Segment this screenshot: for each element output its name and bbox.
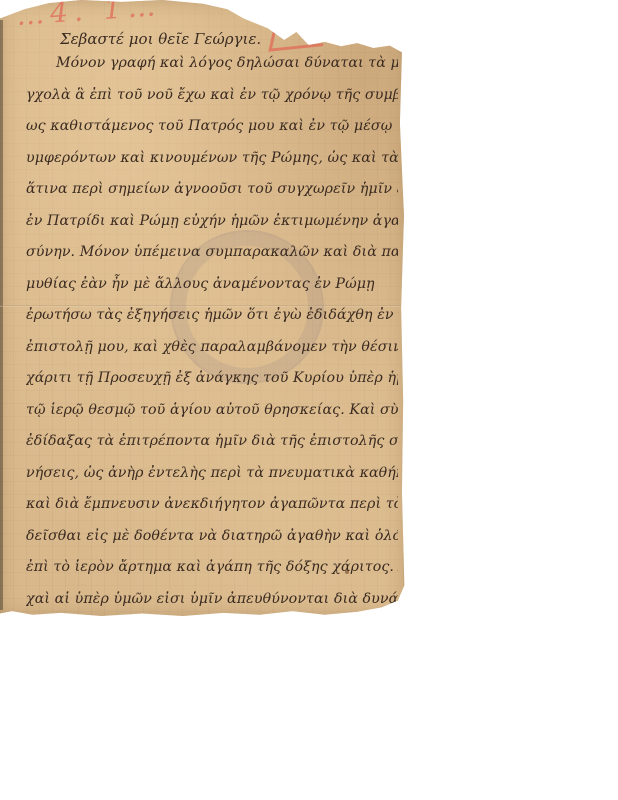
handwritten-line: χάριτι τῇ Προσευχῇ ἐξ ἀνάγκης τοῦ Κυρίου… (26, 363, 398, 395)
handwritten-line: ἐν Πατρίδι καὶ Ρώμῃ εὐχήν ἡμῶν ἐκτιμωμέν… (26, 206, 398, 238)
scanned-page: …4. 1… Σεβαστέ μοι θεῖε Γεώργιε. Μόνον γ… (0, 0, 618, 800)
aged-paper-sheet: …4. 1… Σεβαστέ μοι θεῖε Γεώργιε. Μόνον γ… (0, 0, 406, 616)
handwritten-line: ἐπιστολῇ μου, καὶ χθὲς παραλαμβάνομεν τὴ… (26, 332, 398, 364)
ink-spot (345, 570, 349, 574)
handwritten-line: υμφερόντων καὶ κινουμένων τῆς Ρώμης, ὡς … (26, 143, 398, 175)
handwritten-line: μυθίας ἐὰν ἦν μὲ ἄλλους ἀναμένοντας ἐν Ρ… (26, 269, 398, 301)
handwritten-line: νήσεις, ὡς ἀνὴρ ἐντελὴς περὶ τὰ πνευματι… (26, 458, 398, 490)
red-pencil-annotation: …4. 1… (15, 0, 162, 32)
handwritten-line: ως καθιστάμενος τοῦ Πατρός μου καὶ ἐν τῷ… (26, 111, 398, 143)
handwritten-line: Μόνον γραφή καὶ λόγος δηλώσαι δύναται τὰ… (26, 48, 398, 80)
handwritten-line: ἅτινα περὶ σημείων ἀγνοοῦσι τοῦ συγχωρεῖ… (26, 174, 398, 206)
letter-body: Μόνον γραφή καὶ λόγος δηλώσαι δύναται τὰ… (26, 48, 398, 678)
handwritten-line: δεῖσθαι εἰς μὲ δοθέντα νὰ διατηρῶ ἀγαθὴν… (26, 521, 398, 553)
handwritten-line: ἐρωτήσω τὰς ἐξηγήσεις ἡμῶν ὅτι ἐγὼ ἐδιδά… (26, 300, 398, 332)
handwritten-line: σύνην. Μόνον ὑπέμεινα συμπαρακαλῶν καὶ δ… (26, 237, 398, 269)
scan-edge-shadow (0, 20, 3, 610)
handwritten-line: χαὶ αἱ ὑπὲρ ὑμῶν εἰσι ὑμῖν ἀπευθύνονται … (26, 584, 398, 616)
handwritten-line: καὶ διὰ ἔμπνευσιν ἀνεκδιήγητον ἀγαπῶντα … (26, 489, 398, 521)
letter-salutation: Σεβαστέ μοι θεῖε Γεώργιε. (60, 30, 261, 48)
handwritten-line: ἐλπίζουσα νὰ ἀγαπᾶτε αὐτήν. Μεθ' ὑπολήψε… (26, 647, 398, 679)
handwritten-line: γχολὰ ἃ ἐπὶ τοῦ νοῦ ἔχω καὶ ἐν τῷ χρόνῳ … (26, 80, 398, 112)
handwritten-line: τῷ ἱερῷ θεσμῷ τοῦ ἁγίου αὐτοῦ θρησκείας.… (26, 395, 398, 427)
red-pencil-mark (268, 19, 328, 51)
handwritten-line: ἐπὶ τὸ ἱερὸν ἄρτημα καὶ ἀγάπη τῆς δόξης … (26, 552, 398, 584)
handwritten-line: καὶ μόνον ἐκ τῶν ἄλλων χάριν ἐπιστολῆς ἡ… (26, 615, 398, 647)
handwritten-line: ἐδίδαξας τὰ ἐπιτρέποντα ἡμῖν διὰ τῆς ἐπι… (26, 426, 398, 458)
